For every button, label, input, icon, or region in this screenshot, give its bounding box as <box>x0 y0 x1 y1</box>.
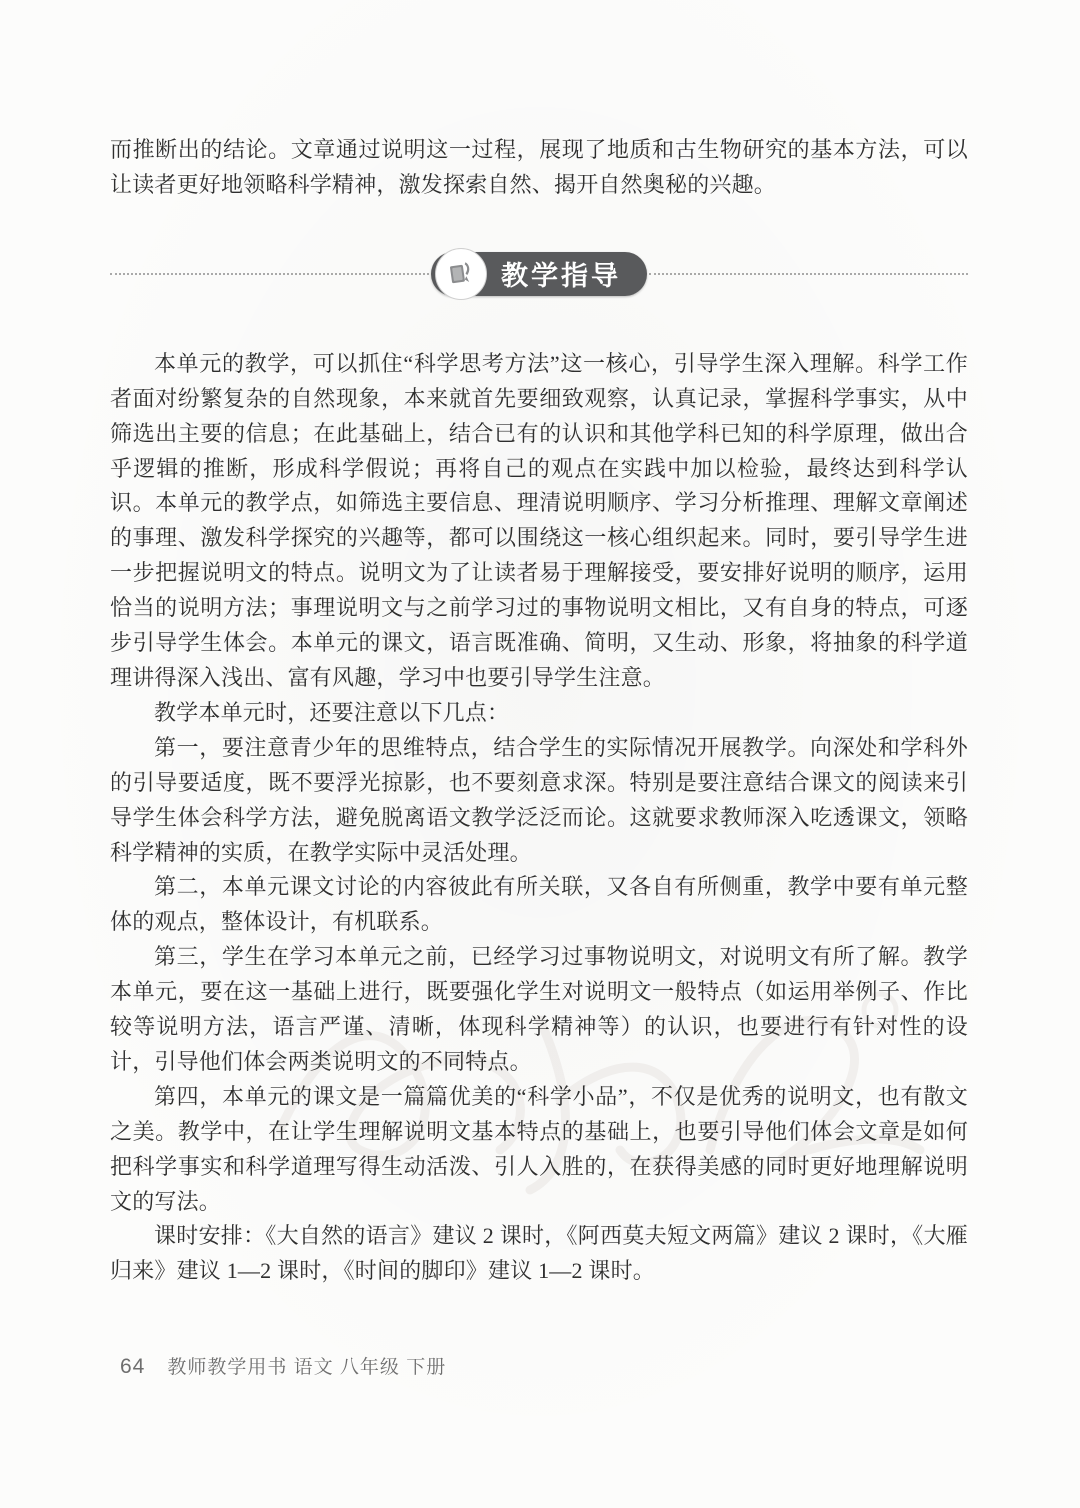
body-paragraph: 课时安排：《大自然的语言》建议 2 课时，《阿西莫夫短文两篇》建议 2 课时，《… <box>110 1219 968 1289</box>
body-paragraph: 本单元的教学，可以抓住“科学思考方法”这一核心，引导学生深入理解。科学工作者面对… <box>110 347 968 696</box>
section-header-row: 教学指导 <box>110 247 968 301</box>
dotted-divider-right <box>649 273 968 275</box>
book-title: 教师教学用书 语文 八年级 下册 <box>167 1352 446 1379</box>
page-content: 而推断出的结论。文章通过说明这一过程，展现了地质和古生物研究的基本方法，可以让读… <box>110 0 968 1289</box>
section-badge-label: 教学指导 <box>501 254 621 293</box>
book-page: 而推断出的结论。文章通过说明这一过程，展现了地质和古生物研究的基本方法，可以让读… <box>0 0 1080 1508</box>
body-paragraph: 第一，要注意青少年的思维特点，结合学生的实际情况开展教学。向深处和学科外的引导要… <box>110 731 968 871</box>
body-text: 本单元的教学，可以抓住“科学思考方法”这一核心，引导学生深入理解。科学工作者面对… <box>110 347 968 1289</box>
page-footer: 64 教师教学用书 语文 八年级 下册 <box>120 1352 446 1379</box>
body-paragraph: 教学本单元时，还要注意以下几点： <box>110 696 968 731</box>
dotted-divider-left <box>110 273 429 275</box>
body-paragraph: 第三，学生在学习本单元之前，已经学习过事物说明文，对说明文有所了解。教学本单元，… <box>110 940 968 1080</box>
section-badge: 教学指导 <box>431 252 647 296</box>
body-paragraph: 第二，本单元课文讨论的内容彼此有所关联，又各自有所侧重，教学中要有单元整体的观点… <box>110 870 968 940</box>
body-paragraph: 第四，本单元的课文是一篇篇优美的“科学小品”，不仅是优秀的说明文，也有散文之美。… <box>110 1080 968 1220</box>
page-number: 64 <box>120 1355 145 1379</box>
book-pen-icon <box>435 248 487 300</box>
intro-paragraph: 而推断出的结论。文章通过说明这一过程，展现了地质和古生物研究的基本方法，可以让读… <box>110 133 968 203</box>
